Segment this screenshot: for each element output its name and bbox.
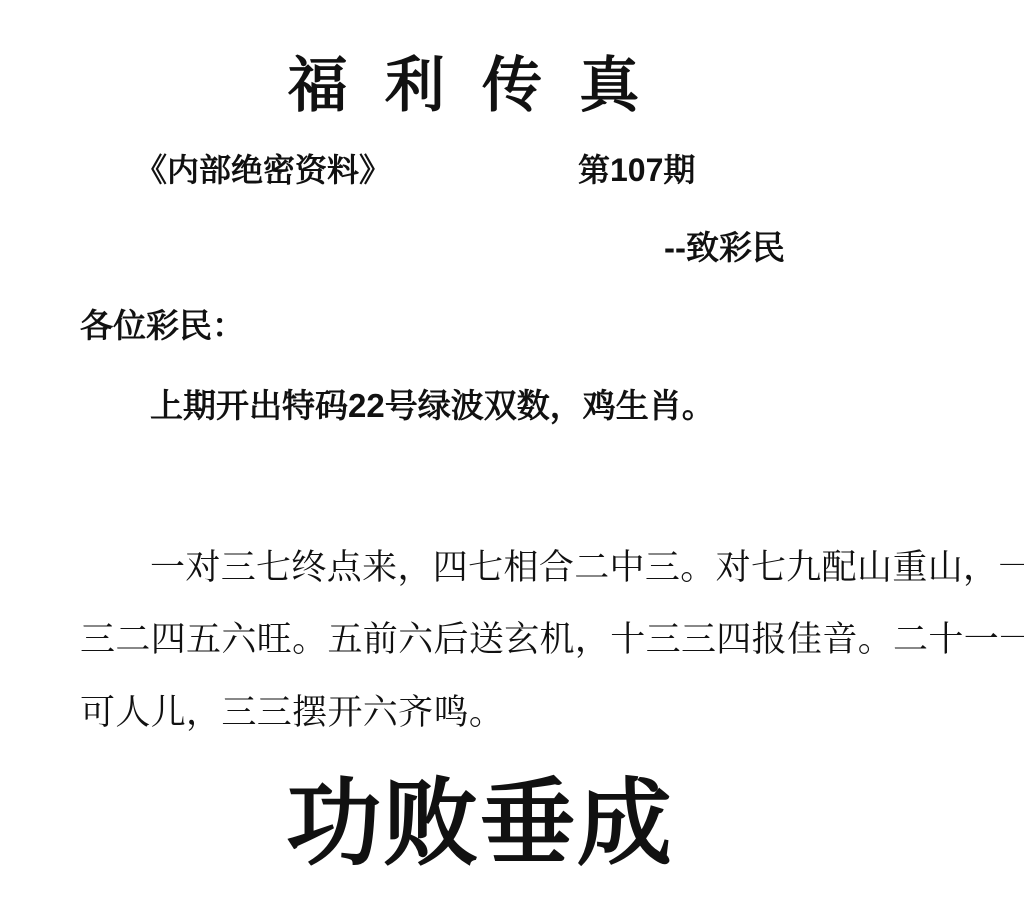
bottom-slogan: 功败垂成 — [0, 748, 960, 884]
poem-line: 可人儿，三三摆开六齐鸣。 — [80, 685, 504, 735]
poem-line: 三二四五六旺。五前六后送玄机，十三三四报佳音。二十一一 — [80, 612, 1024, 662]
classification-label: 《内部绝密资料》 — [135, 145, 391, 191]
last-draw-result: 上期开出特码22号绿波双数，鸡生肖。 — [150, 380, 715, 427]
dedication-line: --致彩民 — [664, 222, 785, 269]
fax-document-page: 福利传真 《内部绝密资料》 第107期 --致彩民 各位彩民： 上期开出特码22… — [0, 0, 1024, 899]
issue-number: 第107期 — [578, 145, 695, 191]
poem-line: 一对三七终点来，四七相合二中三。对七九配山重山，一 — [150, 540, 1024, 590]
salutation: 各位彩民： — [80, 300, 245, 347]
document-title: 福利传真 — [0, 38, 964, 124]
